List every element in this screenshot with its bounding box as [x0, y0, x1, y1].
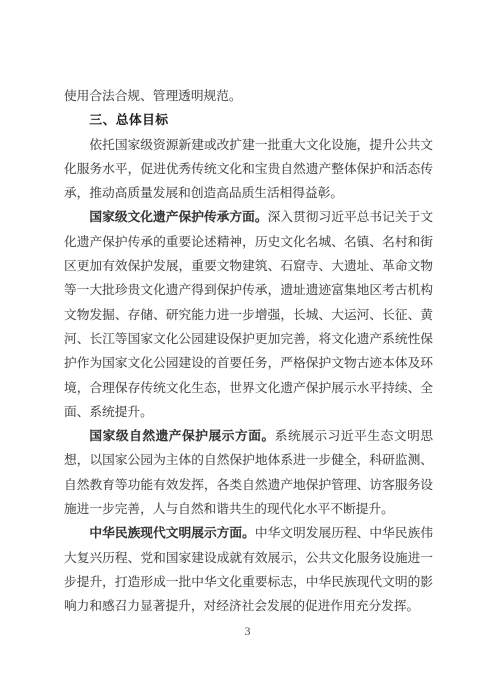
- paragraph-lead: 中华民族现代文明展示方面。: [89, 526, 254, 540]
- paragraph-text: 依托国家级资源新建或改扩建一批重大文化设施，提升公共文化服务水平，促进优秀传统文…: [64, 138, 433, 201]
- page-number: 3: [0, 624, 495, 639]
- paragraph-overall-goal: 依托国家级资源新建或改扩建一批重大文化设施，提升公共文化服务水平，促进优秀传统文…: [64, 133, 433, 206]
- paragraph-modern-civilization: 中华民族现代文明展示方面。中华文明发展历程、中华民族伟大复兴历程、党和国家建设成…: [64, 521, 433, 618]
- paragraph-lead: 国家级文化遗产保护传承方面。: [89, 210, 267, 224]
- paragraph-cultural-heritage: 国家级文化遗产保护传承方面。深入贯彻习近平总书记关于文化遗产保护传承的重要论述精…: [64, 205, 433, 424]
- paragraph-text: 使用合法合规、管理透明规范。: [64, 89, 242, 103]
- paragraph-text: 深入贯彻习近平总书记关于文化遗产保护传承的重要论述精神，历史文化名城、名镇、名村…: [64, 210, 433, 418]
- paragraph-lead: 国家级自然遗产保护展示方面。: [89, 429, 274, 443]
- text-block: 使用合法合规、管理透明规范。 三、总体目标 依托国家级资源新建或改扩建一批重大文…: [64, 84, 433, 619]
- document-page: 使用合法合规、管理透明规范。 三、总体目标 依托国家级资源新建或改扩建一批重大文…: [0, 0, 495, 700]
- paragraph-natural-heritage: 国家级自然遗产保护展示方面。系统展示习近平生态文明思想，以国家公园为主体的自然保…: [64, 424, 433, 521]
- paragraph-continuation: 使用合法合规、管理透明规范。: [64, 84, 433, 108]
- section-heading: 三、总体目标: [64, 108, 433, 132]
- section-heading-text: 三、总体目标: [89, 113, 168, 127]
